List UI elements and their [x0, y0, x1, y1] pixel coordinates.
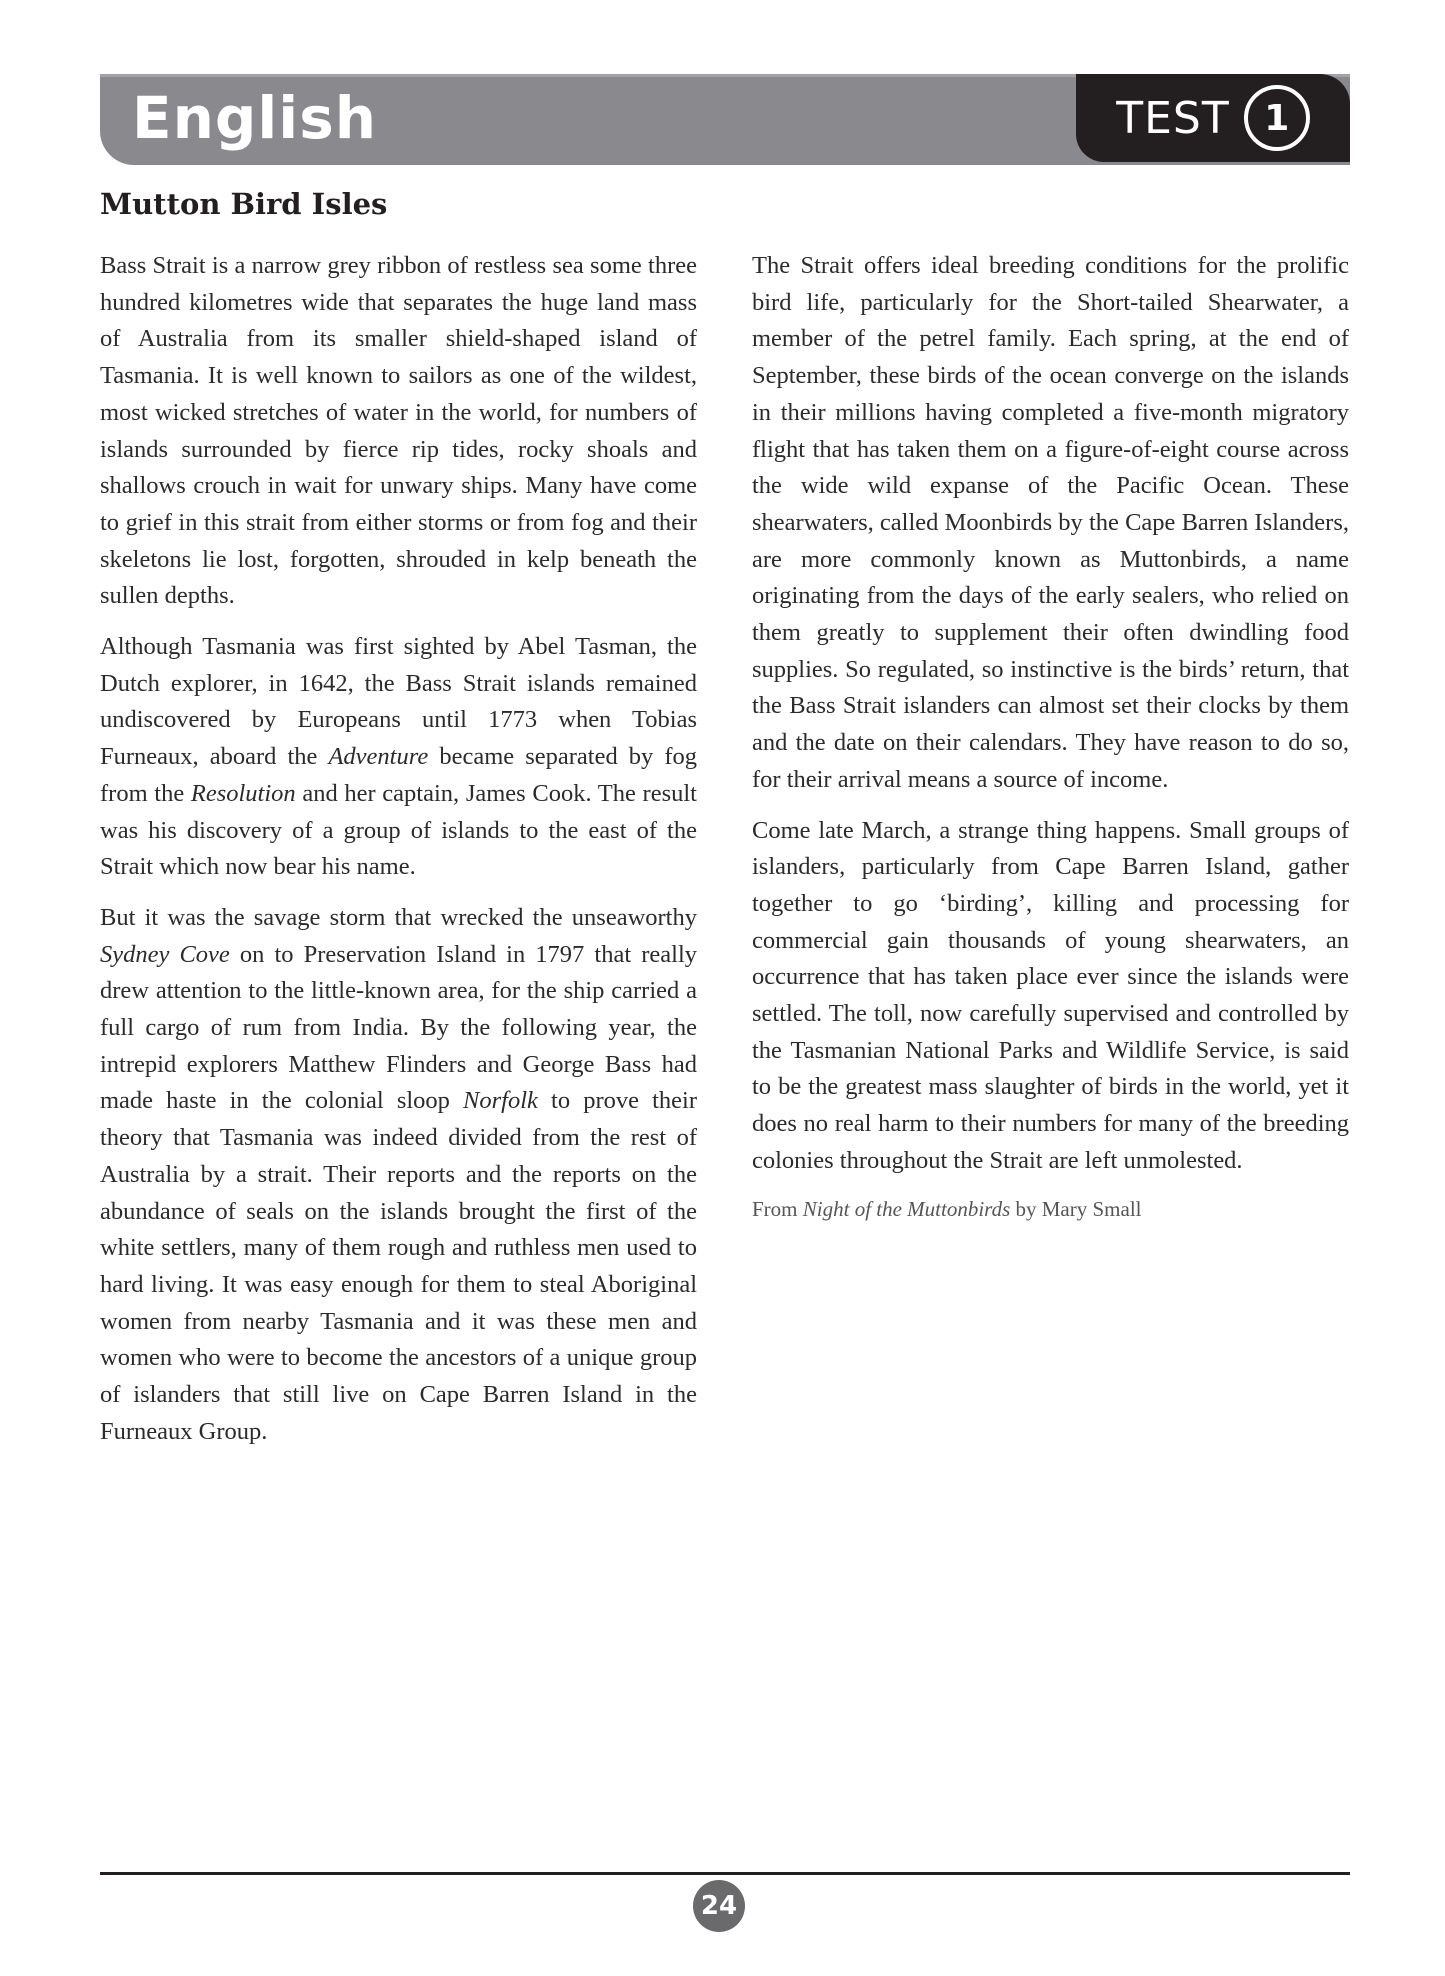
italic-title: Norfolk	[463, 1087, 538, 1114]
source-credit: From Night of the Muttonbirds by Mary Sm…	[752, 1194, 1349, 1224]
text-segment: Come late March, a strange thing happens…	[752, 817, 1349, 1174]
italic-title: Adventure	[328, 743, 428, 770]
test-label: TEST	[1116, 93, 1229, 144]
credit-prefix: From	[752, 1197, 803, 1221]
paragraph: Although Tasmania was first sighted by A…	[100, 629, 697, 886]
italic-title: Sydney Cove	[100, 941, 230, 968]
text-segment: Bass Strait is a narrow grey ribbon of r…	[100, 252, 697, 609]
right-column: The Strait offers ideal breeding conditi…	[752, 248, 1349, 1224]
right-column-body: The Strait offers ideal breeding conditi…	[752, 248, 1349, 1180]
credit-book-title: Night of the Muttonbirds	[803, 1197, 1010, 1221]
article-title: Mutton Bird Isles	[100, 187, 387, 221]
text-segment: But it was the savage storm that wrecked…	[100, 904, 697, 931]
test-badge: TEST 1	[1076, 74, 1350, 162]
text-segment: to prove their theory that Tasmania was …	[100, 1087, 697, 1444]
paragraph: Come late March, a strange thing happens…	[752, 813, 1349, 1180]
credit-suffix: by Mary Small	[1010, 1197, 1141, 1221]
page-number-badge: 24	[693, 1880, 745, 1932]
paragraph: Bass Strait is a narrow grey ribbon of r…	[100, 248, 697, 615]
paragraph: The Strait offers ideal breeding conditi…	[752, 248, 1349, 799]
text-segment: The Strait offers ideal breeding conditi…	[752, 252, 1349, 793]
paragraph: But it was the savage storm that wrecked…	[100, 900, 697, 1451]
footer-divider	[100, 1872, 1350, 1875]
test-number-circle: 1	[1244, 85, 1310, 151]
italic-title: Resolution	[191, 780, 296, 807]
subject-title: English	[132, 78, 377, 158]
left-column: Bass Strait is a narrow grey ribbon of r…	[100, 248, 697, 1465]
